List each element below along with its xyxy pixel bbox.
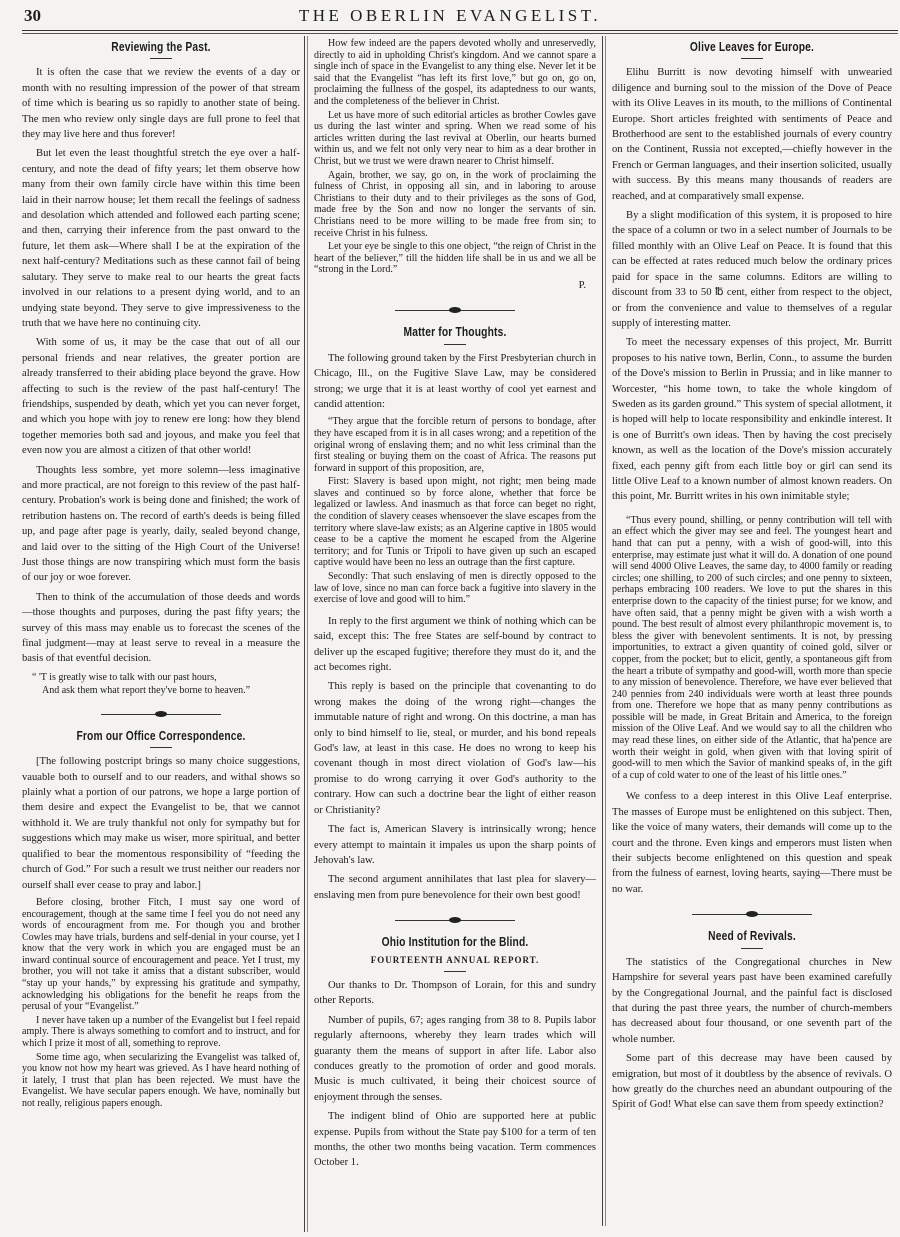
paragraph: The second argument annihilates that las…: [314, 872, 596, 903]
ornament-divider: [692, 909, 812, 919]
newspaper-page: 30 THE OBERLIN EVANGELIST. Reviewing the…: [0, 0, 900, 1237]
article-heading: Reviewing the Past.: [47, 40, 275, 55]
newspaper-title: THE OBERLIN EVANGELIST.: [0, 6, 900, 26]
editor-intro: [The following postcript brings so many …: [22, 754, 300, 893]
paragraph: The indigent blind of Ohio are supported…: [314, 1109, 596, 1171]
article-reviewing-the-past: Reviewing the Past. It is often the case…: [22, 40, 300, 697]
article-ohio-institution-blind: Ohio Institution for the Blind. FOURTEEN…: [314, 935, 596, 1171]
heading-rule: [741, 58, 763, 59]
paragraph: With some of us, it may be the case that…: [22, 335, 300, 458]
masthead-rule: [22, 30, 898, 34]
verse-line: “ 'T is greatly wise to talk with our pa…: [32, 671, 300, 684]
article-need-of-revivals: Need of Revivals. The statistics of the …: [612, 929, 892, 1112]
paragraph: Number of pupils, 67; ages ranging from …: [314, 1013, 596, 1105]
quoted-paragraph: “They argue that the forcible return of …: [314, 416, 596, 474]
column-2: How few indeed are the papers devoted wh…: [314, 38, 596, 1175]
article-correspondence-continued: How few indeed are the papers devoted wh…: [314, 38, 596, 293]
paragraph: Let your eye be single to this one objec…: [314, 241, 596, 276]
verse-quote: “ 'T is greatly wise to talk with our pa…: [32, 671, 300, 697]
article-olive-leaves-europe: Olive Leaves for Europe. Elihu Burritt i…: [612, 40, 892, 897]
column-1: Reviewing the Past. It is often the case…: [22, 38, 300, 1112]
paragraph: Our thanks to Dr. Thompson of Lorain, fo…: [314, 978, 596, 1009]
column-divider: [304, 36, 308, 1232]
article-heading: Need of Revivals.: [637, 929, 867, 944]
article-office-correspondence: From our Office Correspondence. [The fol…: [22, 729, 300, 1110]
quoted-paragraph: “Thus every pound, shilling, or penny co…: [612, 515, 892, 782]
column-divider: [602, 36, 606, 1226]
paragraph: Again, brother, we say, go on, in the wo…: [314, 170, 596, 240]
signature: P.: [314, 278, 586, 293]
paragraph: By a slight modification of this system,…: [612, 208, 892, 331]
paragraph: It is often the case that we review the …: [22, 65, 300, 142]
paragraph: To meet the necessary expenses of this p…: [612, 335, 892, 504]
ornament-divider: [101, 709, 221, 719]
paragraph: But let even the least thoughtful stretc…: [22, 146, 300, 331]
ornament-divider: [395, 305, 515, 315]
article-matter-for-thoughts: Matter for Thoughts. The following groun…: [314, 325, 596, 903]
column-3: Olive Leaves for Europe. Elihu Burritt i…: [612, 38, 892, 1117]
paragraph: Elihu Burritt is now devoting himself wi…: [612, 65, 892, 204]
heading-rule: [444, 971, 466, 972]
article-heading: Matter for Thoughts.: [339, 325, 570, 340]
paragraph: In reply to the first argument we think …: [314, 614, 596, 676]
paragraph: Some part of this decrease may have been…: [612, 1051, 892, 1113]
heading-rule: [444, 344, 466, 345]
masthead: 30 THE OBERLIN EVANGELIST.: [0, 0, 900, 34]
heading-rule: [741, 948, 763, 949]
paragraph: Let us have more of such editorial artic…: [314, 110, 596, 168]
paragraph: Some time ago, when secularizing the Eva…: [22, 1052, 300, 1110]
heading-rule: [150, 747, 172, 748]
paragraph: The fact is, American Slavery is intrins…: [314, 822, 596, 868]
paragraph: We confess to a deep interest in this Ol…: [612, 789, 892, 897]
paragraph: The following ground taken by the First …: [314, 351, 596, 413]
quoted-paragraph: First: Slavery is based upon might, not …: [314, 476, 596, 569]
article-heading: Olive Leaves for Europe.: [637, 40, 867, 55]
verse-line: And ask them what report they've borne t…: [32, 684, 300, 697]
article-subheading: FOURTEENTH ANNUAL REPORT.: [314, 953, 596, 968]
paragraph: Then to think of the accumulation of tho…: [22, 590, 300, 667]
article-heading: From our Office Correspondence.: [47, 729, 275, 744]
paragraph: This reply is based on the principle tha…: [314, 679, 596, 818]
paragraph: Before closing, brother Fitch, I must sa…: [22, 897, 300, 1013]
paragraph: How few indeed are the papers devoted wh…: [314, 38, 596, 108]
paragraph: I never have taken up a number of the Ev…: [22, 1015, 300, 1050]
article-heading: Ohio Institution for the Blind.: [339, 935, 570, 950]
ornament-divider: [395, 915, 515, 925]
paragraph: Thoughts less sombre, yet more solemn—le…: [22, 463, 300, 586]
paragraph: The statistics of the Congregational chu…: [612, 955, 892, 1047]
heading-rule: [150, 58, 172, 59]
quoted-paragraph: Secondly: That such enslaving of men is …: [314, 571, 596, 606]
